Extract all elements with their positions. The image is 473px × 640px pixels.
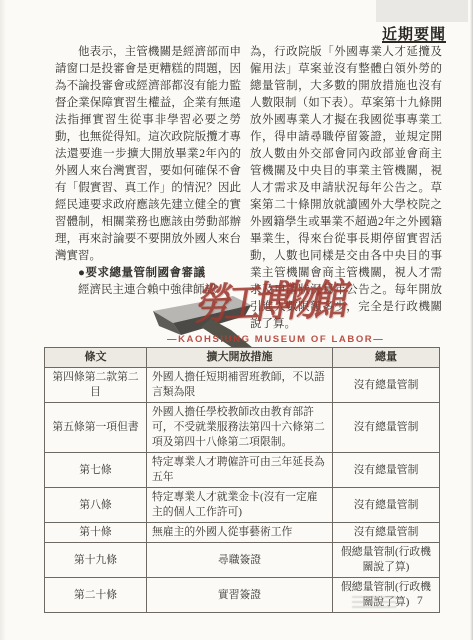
measure-cell: 特定專業人才聘僱許可由三年延長為五年 xyxy=(147,453,333,488)
quota-cell: 沒有總量管制 xyxy=(333,523,440,543)
table-row: 第八條 特定專業人才就業金卡(沒有一定雇主的個人工作許可) 沒有總量管制 xyxy=(45,488,440,523)
table-row: 第十九條 尋職簽證 假總量管制(行政機關說了算) xyxy=(45,543,440,578)
header-gray-tab xyxy=(376,0,468,22)
section-heading: ●要求總量管制國會審議 xyxy=(55,265,241,282)
measure-cell: 特定專業人才就業金卡(沒有一定雇主的個人工作許可) xyxy=(147,488,333,523)
quota-cell: 沒有總量管制 xyxy=(333,488,440,523)
measure-cell: 無雇主的外國人從事藝術工作 xyxy=(147,523,333,543)
table-header-row: 條文 擴大開放措施 總量 xyxy=(45,348,440,368)
quota-cell: 沒有總量管制 xyxy=(333,453,440,488)
header-underline xyxy=(382,41,446,43)
column-header-measure: 擴大開放措施 xyxy=(147,348,333,368)
article-cell: 第四條第二款第二目 xyxy=(45,368,147,403)
table-row: 第十條 無雇主的外國人從事藝術工作 沒有總量管制 xyxy=(45,523,440,543)
scan-smudge-artifact xyxy=(352,596,396,609)
stamp-latin-text: —KAOHSIUNG MUSEUM OF LABOR— xyxy=(167,334,384,345)
page-left-edge-shadow xyxy=(0,0,6,640)
column-header-article: 條文 xyxy=(45,348,147,368)
article-cell: 第七條 xyxy=(45,453,147,488)
museum-building-icon xyxy=(153,296,265,350)
column-header-quota: 總量 xyxy=(333,348,440,368)
measure-cell: 外國人擔任學校教師改由教育部許可，不受就業服務法第四十六條第二項及第四十八條第二… xyxy=(147,403,333,453)
quota-cell: 沒有總量管制 xyxy=(333,403,440,453)
article-cell: 第二十條 xyxy=(45,578,147,613)
page-number: 7 xyxy=(417,595,423,607)
measure-cell: 外國人擔任短期補習班教師，不以語言類為限 xyxy=(147,368,333,403)
article-cell: 第五條第一項但書 xyxy=(45,403,147,453)
paragraph: 經濟民主連合賴中強律師認 xyxy=(55,282,241,299)
quota-cell: 沒有總量管制 xyxy=(333,368,440,403)
paragraph: 他表示，主管機關是經濟部而申請窗口是投審會是更糟糕的問題，因為不論投審會或經濟部… xyxy=(55,44,241,265)
article-cell: 第十條 xyxy=(45,523,147,543)
paragraph: 為，行政院版「外國專業人才延攬及僱用法」草案並沒有整體白領外勞的總量管制，大多數… xyxy=(250,44,442,333)
article-left-column: 他表示，主管機關是經濟部而申請窗口是投審會是更糟糕的問題，因為不論投審會或經濟部… xyxy=(55,44,241,299)
quota-cell: 假總量管制(行政機關說了算) xyxy=(333,543,440,578)
scanned-document-page: 近期要聞 他表示，主管機關是經濟部而申請窗口是投審會是更糟糕的問題，因為不論投審… xyxy=(0,0,473,640)
measure-cell: 尋職簽證 xyxy=(147,543,333,578)
table-row: 第五條第一項但書 外國人擔任學校教師改由教育部許可，不受就業服務法第四十六條第二… xyxy=(45,403,440,453)
article-cell: 第八條 xyxy=(45,488,147,523)
expanded-measures-table: 條文 擴大開放措施 總量 第四條第二款第二目 外國人擔任短期補習班教師，不以語言… xyxy=(44,347,440,613)
table-row: 第四條第二款第二目 外國人擔任短期補習班教師，不以語言類為限 沒有總量管制 xyxy=(45,368,440,403)
table-row: 第七條 特定專業人才聘僱許可由三年延長為五年 沒有總量管制 xyxy=(45,453,440,488)
measure-cell: 實習簽證 xyxy=(147,578,333,613)
article-right-column: 為，行政院版「外國專業人才延攬及僱用法」草案並沒有整體白領外勞的總量管制，大多數… xyxy=(250,44,442,333)
article-cell: 第十九條 xyxy=(45,543,147,578)
